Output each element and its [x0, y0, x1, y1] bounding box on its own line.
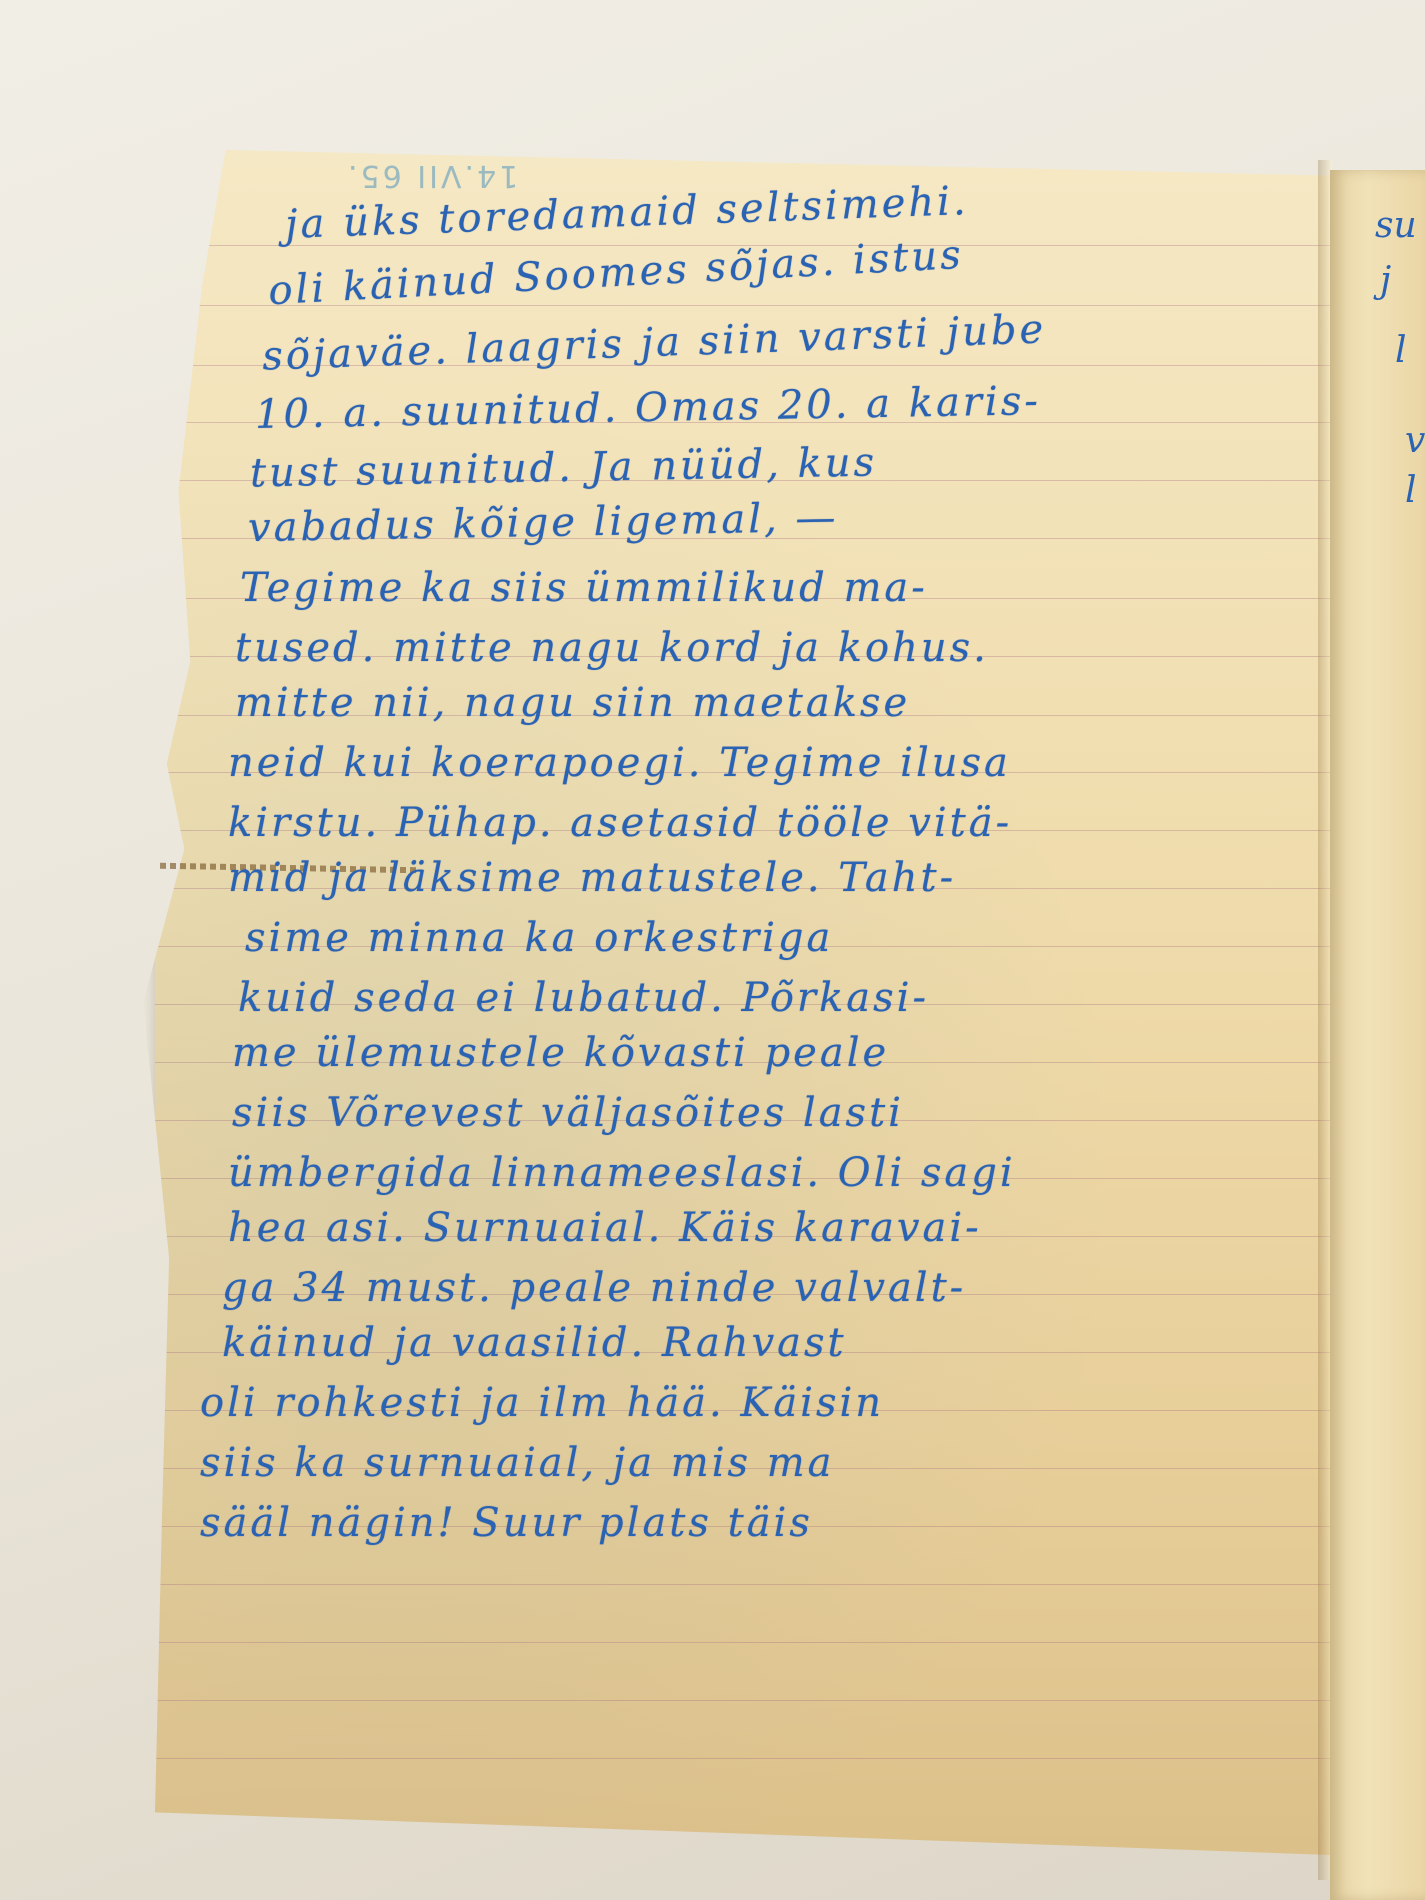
handwritten-line: ga 34 must. peale ninde valvalt-	[222, 1265, 966, 1311]
handwritten-line: sääl nägin! Suur plats täis	[200, 1500, 813, 1546]
ruled-line	[155, 1758, 1330, 1759]
ruled-line	[155, 1700, 1330, 1701]
facing-page-fragment: j	[1380, 260, 1391, 301]
handwritten-line: mid ja läksime matustele. Taht-	[228, 855, 956, 901]
handwritten-line: Tegime ka siis ümmilikud ma-	[240, 565, 928, 611]
date-stamp: 14.VII 65.	[345, 158, 518, 193]
handwritten-line: ümbergida linnameeslasi. Oli sagi	[228, 1150, 1016, 1196]
facing-page-fragment: v	[1405, 420, 1425, 461]
facing-page-fragment: l	[1395, 330, 1407, 371]
handwritten-line: sime minna ka orkestriga	[245, 915, 833, 961]
facing-page-fragment: su	[1375, 205, 1417, 246]
handwritten-line: hea asi. Surnuaial. Käis karavai-	[228, 1205, 982, 1251]
handwritten-line: tused. mitte nagu kord ja kohus.	[235, 625, 989, 671]
handwritten-line: kuid seda ei lubatud. Põrkasi-	[238, 975, 929, 1021]
handwritten-line: kirstu. Pühap. asetasid tööle vitä-	[228, 800, 1012, 846]
handwritten-line: mitte nii, nagu siin maetakse	[235, 680, 910, 726]
ruled-line	[155, 1642, 1330, 1643]
handwritten-line: neid kui koerapoegi. Tegime ilusa	[228, 740, 1011, 786]
ruled-line	[155, 1584, 1330, 1585]
handwritten-line: käinud ja vaasilid. Rahvast	[222, 1320, 847, 1366]
handwritten-line: me ülemustele kõvasti peale	[232, 1030, 889, 1076]
handwritten-line: siis Võrevest väljasõites lasti	[232, 1090, 904, 1136]
handwritten-line: siis ka surnuaial, ja mis ma	[200, 1440, 835, 1486]
facing-page-fragment: l	[1405, 470, 1417, 511]
handwritten-line: oli rohkesti ja ilm hää. Käisin	[200, 1380, 884, 1426]
